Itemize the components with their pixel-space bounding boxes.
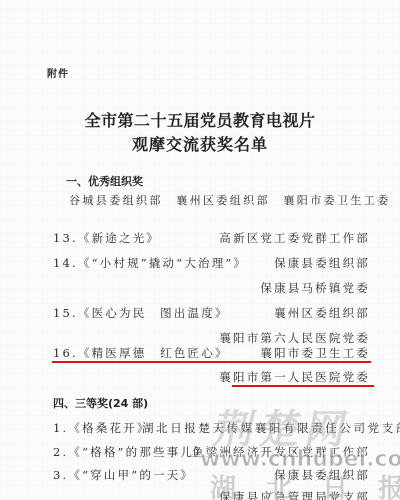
- entry-unit-16b: 襄阳市第一人民医院党委: [219, 369, 370, 385]
- document-page: 附件 全市第二十五届党员教育电视片 观摩交流获奖名单 一、优秀组织奖 谷城县委组…: [0, 0, 400, 500]
- entry-unit-15b: 襄阳市第六人民医院党委: [219, 330, 370, 346]
- document-title-line2: 观摩交流获奖名单: [0, 132, 400, 155]
- third-entry-unit-3a: 保康县委组织部: [274, 467, 370, 483]
- entry-title-16: 16.《精医厚德 红色匠心》: [53, 345, 229, 361]
- entry-title-14: 14.《“小村规”撬动“大治理”》: [53, 255, 247, 271]
- entry-unit-16a: 襄阳市委卫生工委: [260, 345, 370, 361]
- entry-unit-13: 高新区党工委党群工作部: [219, 230, 370, 246]
- third-entry-unit-1: 湖北日报楚天传媒襄阳有限责任公司党支部: [142, 420, 400, 436]
- highlight-underline-2: [232, 385, 374, 387]
- third-entry-unit-3b: 保康县应急管理局党支部: [219, 489, 370, 500]
- entry-unit-15a: 襄州区委组织部: [274, 305, 370, 321]
- entry-unit-14a: 保康县委组织部: [274, 255, 370, 271]
- attachment-label: 附件: [47, 65, 69, 80]
- entry-unit-14b: 保康县马桥镇党委: [260, 280, 370, 296]
- third-entry-title-3: 3.《“穿山甲”的一天》: [53, 467, 194, 483]
- organization-award-list: 谷城县委组织部 襄州区委组织部 襄阳市委卫生工委: [69, 192, 391, 208]
- document-title-line1: 全市第二十五届党员教育电视片: [0, 108, 400, 131]
- section-heading-organization-award: 一、优秀组织奖: [66, 173, 143, 189]
- entry-title-15: 15.《医心为民 图出温度》: [53, 305, 229, 321]
- highlight-underline-1: [52, 361, 371, 363]
- third-entry-title-2: 2.《“格格”的那些事儿》: [53, 444, 208, 460]
- section-heading-third-prize: 四、三等奖(24 部): [53, 395, 148, 411]
- third-entry-unit-2: 鱼梁洲经济开发区党群工作部: [192, 444, 370, 460]
- entry-title-13: 13.《新途之光》: [53, 230, 160, 246]
- third-entry-title-1: 1.《格桑花开》: [53, 420, 151, 436]
